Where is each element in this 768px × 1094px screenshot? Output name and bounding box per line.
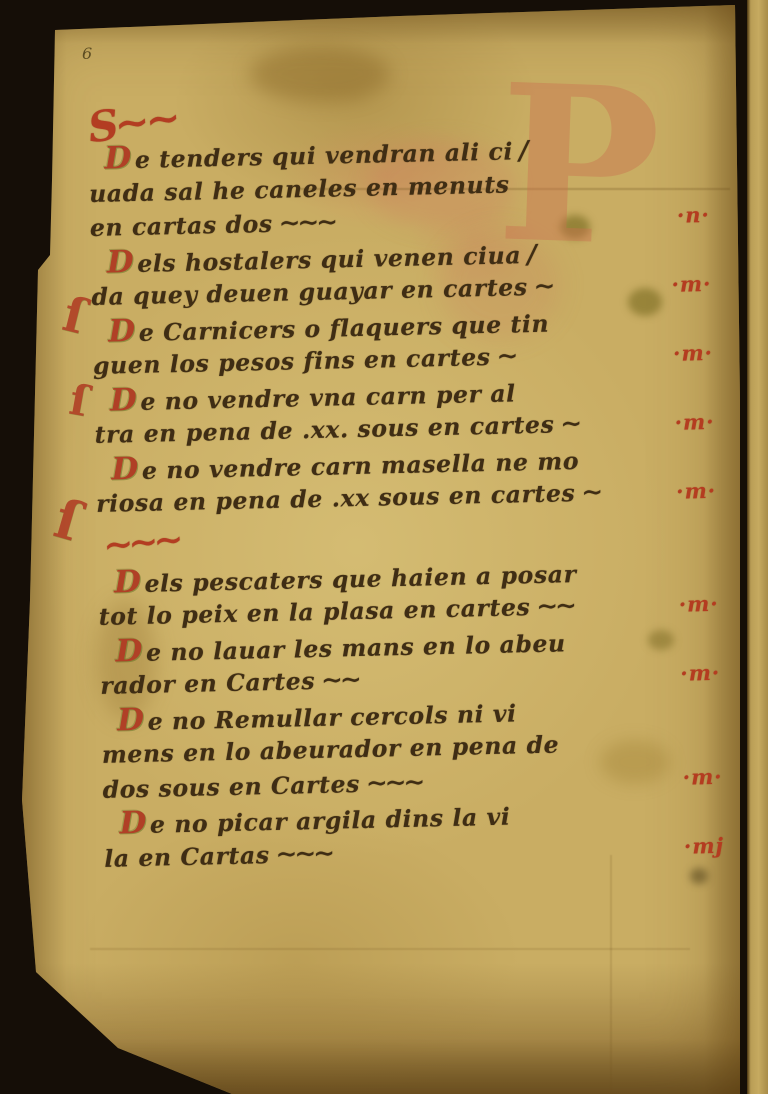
stain [690, 868, 708, 884]
line-text: rador en Cartes [100, 667, 315, 700]
margin-mark: ·m· [671, 267, 712, 302]
margin-mark: ·m· [682, 759, 723, 794]
line-flourish: / [519, 136, 526, 166]
manuscript-photo: 6 P S∼∼ ſ ſ ſ De tenders qui vendran ali… [0, 0, 768, 1094]
line-flourish [571, 628, 572, 658]
line-flourish: ∼∼ [536, 591, 574, 622]
margin-mark: ·m· [680, 656, 721, 691]
margin-mark: ·n· [677, 198, 711, 233]
line-flourish: ∼∼∼ [366, 767, 423, 798]
rubric-initial: D [111, 450, 139, 487]
line-flourish: ∼ [533, 272, 552, 302]
parchment-page: 6 P S∼∼ ſ ſ ſ De tenders qui vendran ali… [0, 0, 741, 1094]
line-text: uada sal he caneles en menuts [89, 170, 510, 208]
rubric-initial: D [104, 140, 132, 177]
line-flourish: ∼∼∼ [275, 838, 332, 869]
line-flourish: ∼∼∼ [278, 207, 335, 238]
margin-mark: ·m· [673, 336, 714, 371]
margin-mark: ·mj [684, 828, 725, 863]
line-flourish [582, 558, 583, 588]
line-text: en cartas dos [90, 210, 273, 242]
stain [648, 630, 674, 650]
rubric-initial: D [106, 243, 134, 280]
margin-mark: ·m· [678, 587, 719, 622]
folio-number: 6 [82, 44, 92, 63]
margin-mark: ·m· [676, 474, 717, 509]
line-flourish [585, 445, 586, 475]
line-flourish [555, 308, 556, 338]
crease [90, 948, 690, 950]
next-folio-edge [747, 0, 768, 1094]
rubric-initial: D [108, 312, 136, 349]
line-text: la en Cartas [104, 841, 270, 873]
line-flourish [522, 698, 523, 728]
stain [250, 46, 390, 102]
manuscript-text-block: De tenders qui vendran ali ci/ uada sal … [88, 130, 643, 876]
line-flourish [565, 729, 566, 759]
line-text: dos sous en Cartes [102, 769, 360, 803]
rubric-initial: D [117, 701, 145, 738]
margin-flourish: ſ [48, 486, 88, 554]
line-flourish: ∼ [581, 477, 600, 507]
line-flourish: ∼ [560, 409, 579, 439]
rubric-initial: D [115, 632, 143, 669]
margin-flourish: ſ [66, 375, 92, 426]
line-flourish [516, 801, 517, 831]
line-flourish [521, 378, 522, 408]
line-flourish: ∼∼ [321, 665, 359, 696]
line-text: guen los pesos fins en cartes [93, 343, 491, 380]
line-flourish [515, 169, 516, 199]
rubric-initial: D [109, 381, 137, 418]
margin-mark: ·m· [674, 405, 715, 440]
margin-flourish: ſ [58, 286, 92, 345]
rubric-initial: D [114, 563, 142, 600]
rubric-initial: D [119, 805, 147, 842]
line-flourish: ∼ [496, 341, 515, 371]
rubric-flourish-mid: ∼∼∼ [95, 517, 180, 568]
crease [610, 855, 612, 1094]
line-flourish: / [527, 239, 534, 269]
